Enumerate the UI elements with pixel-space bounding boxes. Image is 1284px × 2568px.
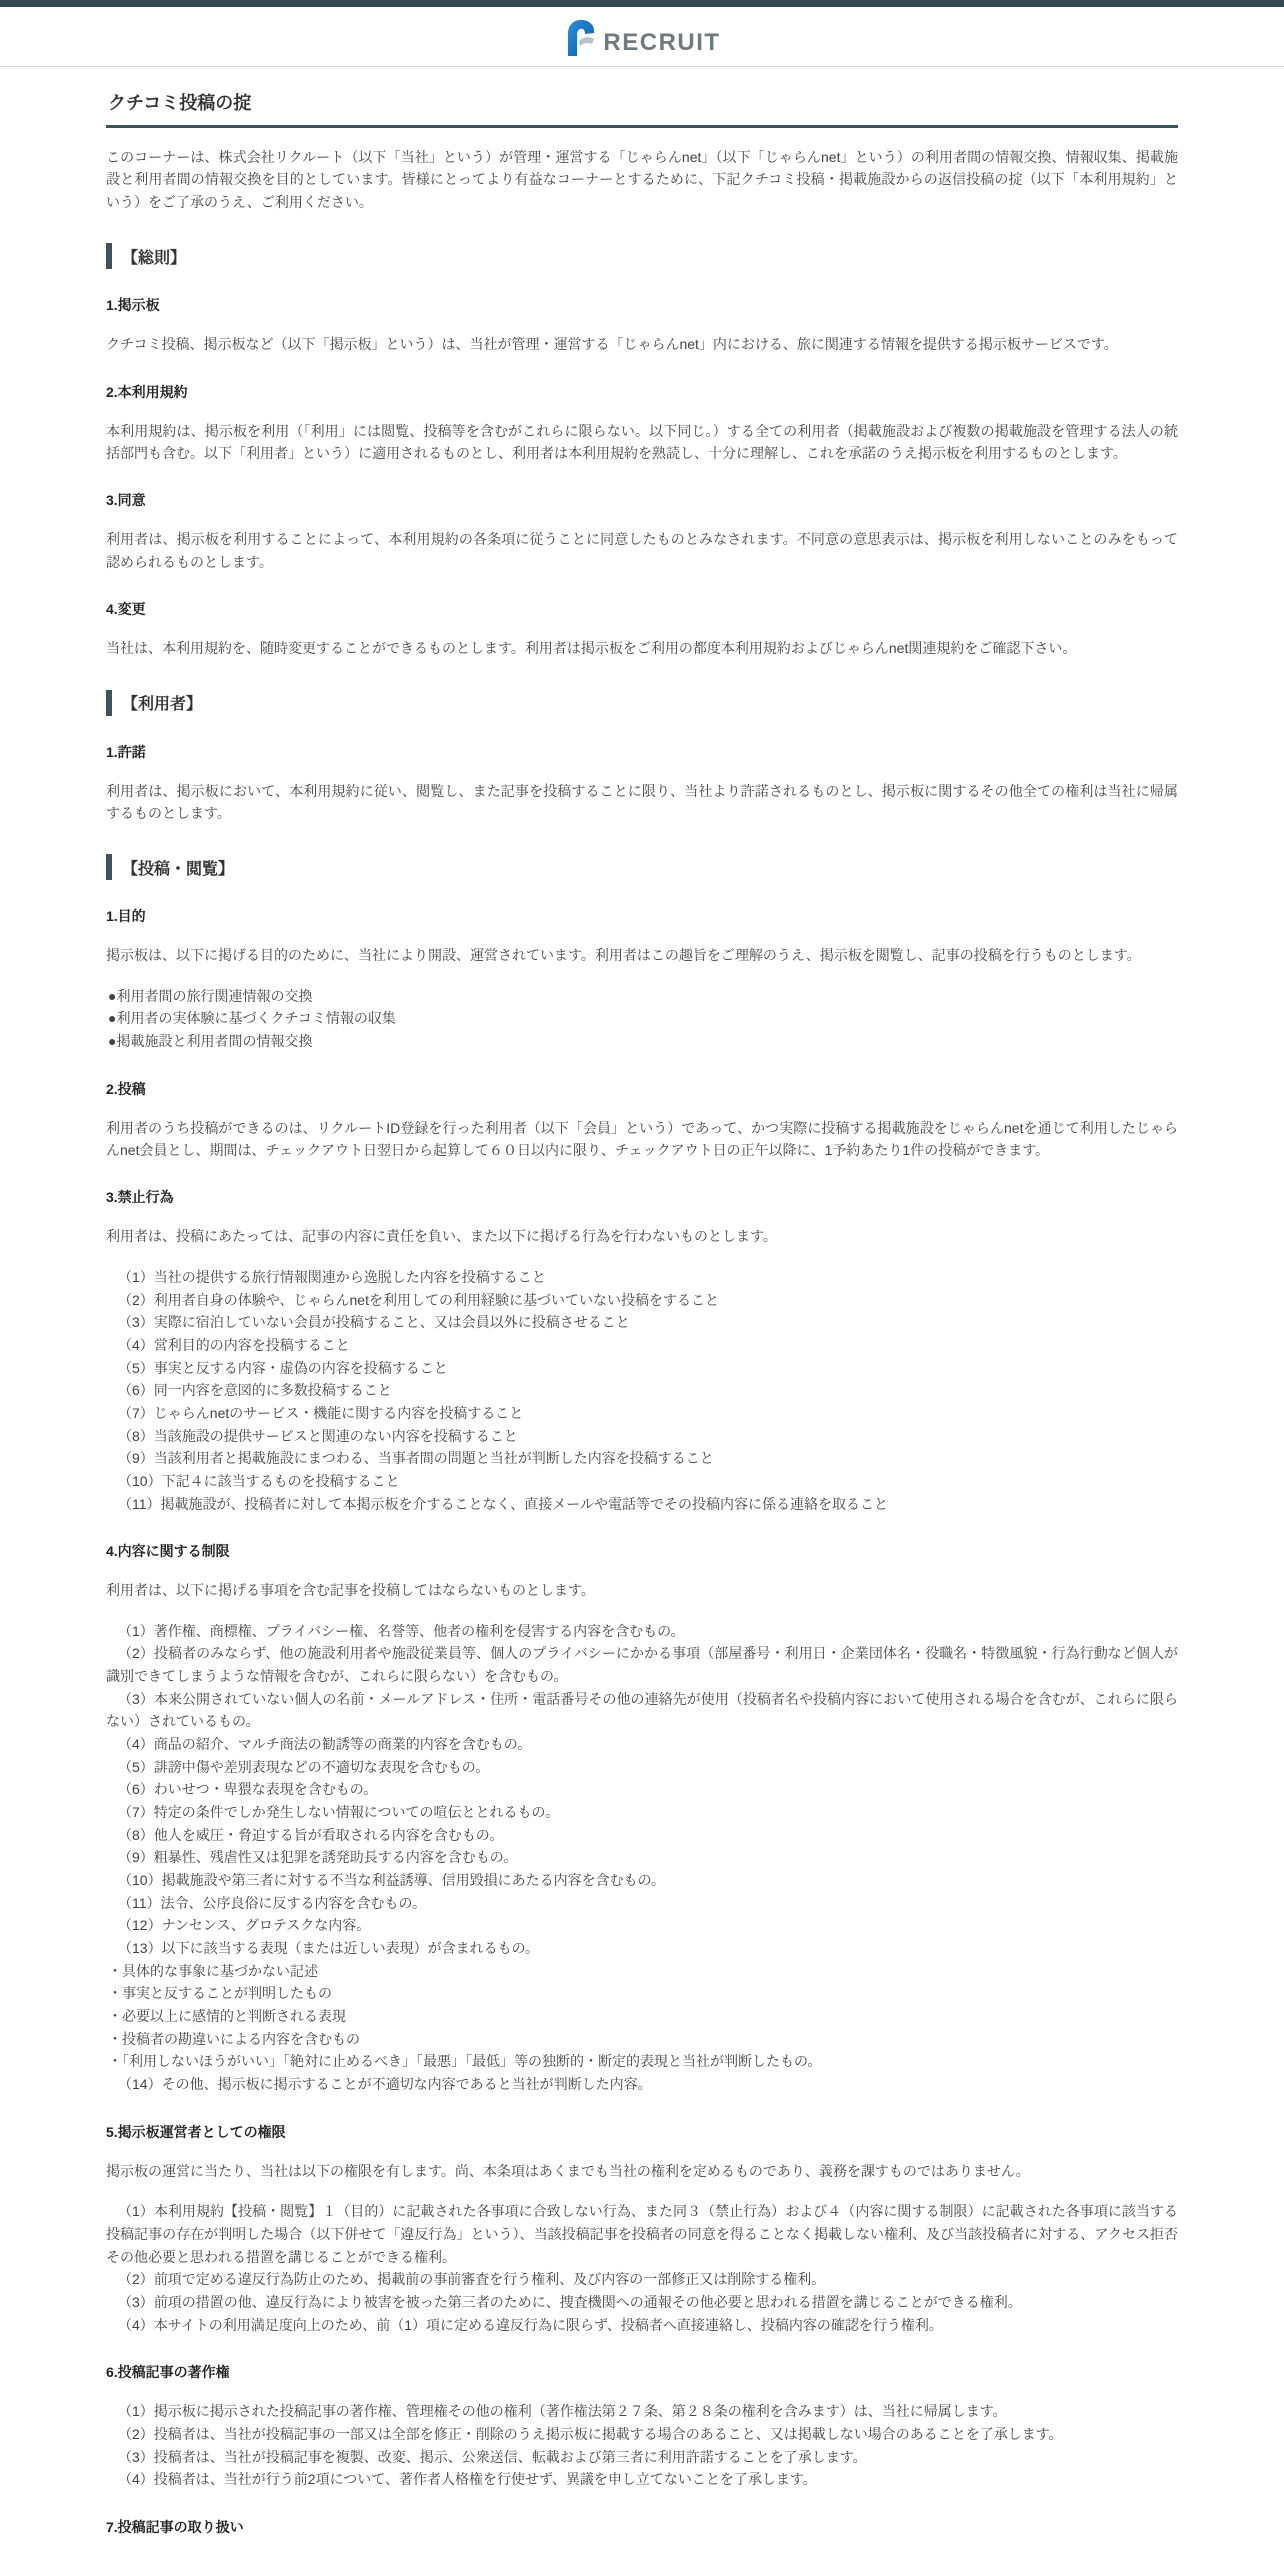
numbered-item: （4）本サイトの利用満足度向上のため、前（1）項に定める違反行為に限らず、投稿者… xyxy=(106,2314,1178,2337)
numbered-item: （6）わいせつ・卑猥な表現を含むもの。 xyxy=(106,1778,1178,1801)
clause-paragraph: 利用者は、掲示板において、本利用規約に従い、閲覧し、また記事を投稿することに限り… xyxy=(106,780,1178,825)
clause-heading: 4.変更 xyxy=(106,599,1178,619)
clause-list: （1）当社の提供する旅行情報関連から逸脱した内容を投稿すること（2）利用者自身の… xyxy=(106,1266,1178,1515)
page-title: クチコミ投稿の掟 xyxy=(108,89,1178,115)
numbered-item: （6）同一内容を意図的に多数投稿すること xyxy=(106,1379,1178,1402)
recruit-logo-text: RECRUIT xyxy=(603,31,720,57)
numbered-item: （5）誹謗中傷や差別表現などの不適切な表現を含むもの。 xyxy=(106,1756,1178,1779)
numbered-item: （3）実際に宿泊していない会員が投稿すること、又は会員以外に投稿させること xyxy=(106,1311,1178,1334)
clause-heading: 7.投稿記事の取り扱い xyxy=(106,2517,1178,2537)
numbered-item: （11）掲載施設が、投稿者に対して本掲示板を介することなく、直接メールや電話等で… xyxy=(106,1493,1178,1516)
numbered-item: （11）法令、公序良俗に反する内容を含むもの。 xyxy=(106,1892,1178,1915)
clause-heading: 3.禁止行為 xyxy=(106,1187,1178,1207)
clause-paragraph: クチコミ投稿、掲示板など（以下「掲示板」という）は、当社が管理・運営する「じゃら… xyxy=(106,333,1178,355)
numbered-item: （10）下記４に該当するものを投稿すること xyxy=(106,1470,1178,1493)
bullet-item: ●利用者の実体験に基づくクチコミ情報の収集 xyxy=(106,1007,1178,1030)
clause-paragraph: 利用者は、投稿にあたっては、記事の内容に責任を負い、また以下に掲げる行為を行わな… xyxy=(106,1225,1178,1247)
intro-paragraph: このコーナーは、株式会社リクルート（以下「当社」という）が管理・運営する「じゃら… xyxy=(106,146,1178,213)
numbered-item: （1）当社の提供する旅行情報関連から逸脱した内容を投稿すること xyxy=(106,1266,1178,1289)
section-heading-label: 【利用者】 xyxy=(122,691,202,714)
clause-list: ●利用者間の旅行関連情報の交換●利用者の実体験に基づくクチコミ情報の収集●掲載施… xyxy=(106,985,1178,1053)
site-header: RECRUIT xyxy=(0,7,1284,67)
clause-paragraph: 当社は、本利用規約を、随時変更することができるものとします。利用者は掲示板をご利… xyxy=(106,637,1178,659)
numbered-item: （2）利用者自身の体験や、じゃらんnetを利用しての利用経験に基づいていない投稿… xyxy=(106,1289,1178,1312)
document-body: クチコミ投稿の掟 このコーナーは、株式会社リクルート（以下「当社」という）が管理… xyxy=(92,67,1192,2537)
numbered-item: （9）粗暴性、残虐性又は犯罪を誘発助長する内容を含むもの。 xyxy=(106,1846,1178,1869)
title-divider xyxy=(106,125,1178,128)
recruit-logo[interactable]: RECRUIT xyxy=(563,17,720,57)
top-accent-bar xyxy=(0,0,1284,7)
section-heading-bar xyxy=(106,854,112,880)
numbered-item: （13）以下に該当する表現（または近しい表現）が含まれるもの。 xyxy=(106,1937,1178,1960)
section-heading-bar xyxy=(106,690,112,716)
section-heading-label: 【総則】 xyxy=(122,245,186,268)
bullet-item: ・投稿者の勘違いによる内容を含むもの xyxy=(106,2028,1178,2051)
clause-heading: 6.投稿記事の著作権 xyxy=(106,2362,1178,2382)
numbered-item: （12）ナンセンス、グロテスクな内容。 xyxy=(106,1914,1178,1937)
clause-paragraph: 利用者は、以下に掲げる事項を含む記事を投稿してはならないものとします。 xyxy=(106,1579,1178,1601)
clause-heading: 1.掲示板 xyxy=(106,295,1178,315)
bullet-item: ●掲載施設と利用者間の情報交換 xyxy=(106,1030,1178,1053)
numbered-item: （3）前項の措置の他、違反行為により被害を被った第三者のために、捜査機関への通報… xyxy=(106,2291,1178,2314)
section-heading-label: 【投稿・閲覧】 xyxy=(122,856,234,879)
clause-heading: 4.内容に関する制限 xyxy=(106,1541,1178,1561)
numbered-item: （14）その他、掲示板に掲示することが不適切な内容であると当社が判断した内容。 xyxy=(106,2073,1178,2096)
numbered-item: （3）投稿者は、当社が投稿記事を複製、改変、掲示、公衆送信、転載および第三者に利… xyxy=(106,2446,1178,2469)
numbered-item: （7）特定の条件でしか発生しない情報についての喧伝ととれるもの。 xyxy=(106,1801,1178,1824)
numbered-item: （4）投稿者は、当社が行う前2項について、著作者人格権を行使せず、異議を申し立て… xyxy=(106,2468,1178,2491)
numbered-item: （5）事実と反する内容・虚偽の内容を投稿すること xyxy=(106,1357,1178,1380)
numbered-item: （4）商品の紹介、マルチ商法の勧誘等の商業的内容を含むもの。 xyxy=(106,1733,1178,1756)
clause-list: （1）本利用規約【投稿・閲覧】１（目的）に記載された各事項に合致しない行為、また… xyxy=(106,2200,1178,2336)
numbered-item: （8）他人を威圧・脅迫する旨が看取される内容を含むもの。 xyxy=(106,1824,1178,1847)
clause-paragraph: 利用者のうち投稿ができるのは、リクルートID登録を行った利用者（以下「会員」とい… xyxy=(106,1117,1178,1162)
bullet-item: ●利用者間の旅行関連情報の交換 xyxy=(106,985,1178,1008)
clause-heading: 1.許諾 xyxy=(106,742,1178,762)
clause-paragraph: 利用者は、掲示板を利用することによって、本利用規約の各条項に従うことに同意したも… xyxy=(106,528,1178,573)
numbered-item: （4）営利目的の内容を投稿すること xyxy=(106,1334,1178,1357)
numbered-item: （2）前項で定める違反行為防止のため、掲載前の事前審査を行う権利、及び内容の一部… xyxy=(106,2268,1178,2291)
section-heading: 【投稿・閲覧】 xyxy=(106,854,1178,880)
numbered-item: （3）本来公開されていない個人の名前・メールアドレス・住所・電話番号その他の連絡… xyxy=(106,1688,1178,1733)
numbered-item: （9）当該利用者と掲載施設にまつわる、当事者間の問題と当社が判断した内容を投稿す… xyxy=(106,1447,1178,1470)
clause-heading: 2.本利用規約 xyxy=(106,382,1178,402)
clause-heading: 1.目的 xyxy=(106,906,1178,926)
clause-paragraph: 掲示板は、以下に掲げる目的のために、当社により開設、運営されています。利用者はこ… xyxy=(106,944,1178,966)
numbered-item: （10）掲載施設や第三者に対する不当な利益誘導、信用毀損にあたる内容を含むもの。 xyxy=(106,1869,1178,1892)
bullet-item: ・事実と反することが判明したもの xyxy=(106,1982,1178,2005)
numbered-item: （1）掲示板に掲示された投稿記事の著作権、管理権その他の権利（著作権法第２７条、… xyxy=(106,2400,1178,2423)
numbered-item: （1）本利用規約【投稿・閲覧】１（目的）に記載された各事項に合致しない行為、また… xyxy=(106,2200,1178,2268)
clause-heading: 3.同意 xyxy=(106,490,1178,510)
clause-heading: 5.掲示板運営者としての権限 xyxy=(106,2122,1178,2142)
clause-paragraph: 本利用規約は、掲示板を利用（「利用」には閲覧、投稿等を含むがこれらに限らない。以… xyxy=(106,420,1178,465)
section-heading: 【利用者】 xyxy=(106,690,1178,716)
numbered-item: （7）じゃらんnetのサービス・機能に関する内容を投稿すること xyxy=(106,1402,1178,1425)
numbered-item: （1）著作権、商標権、プライバシー権、名誉等、他者の権利を侵害する内容を含むもの… xyxy=(106,1620,1178,1643)
clause-list: （1）著作権、商標権、プライバシー権、名誉等、他者の権利を侵害する内容を含むもの… xyxy=(106,1620,1178,2096)
bullet-item: ・具体的な事象に基づかない記述 xyxy=(106,1960,1178,1983)
clause-list: （1）掲示板に掲示された投稿記事の著作権、管理権その他の権利（著作権法第２７条、… xyxy=(106,2400,1178,2491)
clause-paragraph: 掲示板の運営に当たり、当社は以下の権限を有します。尚、本条項はあくまでも当社の権… xyxy=(106,2160,1178,2182)
section-heading: 【総則】 xyxy=(106,243,1178,269)
bullet-item: ・「利用しないほうがいい」「絶対に止めるべき」「最悪」「最低」等の独断的・断定的… xyxy=(106,2050,1178,2073)
bullet-item: ・必要以上に感情的と判断される表現 xyxy=(106,2005,1178,2028)
recruit-logo-icon xyxy=(563,17,599,57)
section-heading-bar xyxy=(106,243,112,269)
clause-heading: 2.投稿 xyxy=(106,1079,1178,1099)
numbered-item: （8）当該施設の提供サービスと関連のない内容を投稿すること xyxy=(106,1425,1178,1448)
numbered-item: （2）投稿者のみならず、他の施設利用者や施設従業員等、個人のプライバシーにかかる… xyxy=(106,1642,1178,1687)
numbered-item: （2）投稿者は、当社が投稿記事の一部又は全部を修正・削除のうえ掲示板に掲載する場… xyxy=(106,2423,1178,2446)
